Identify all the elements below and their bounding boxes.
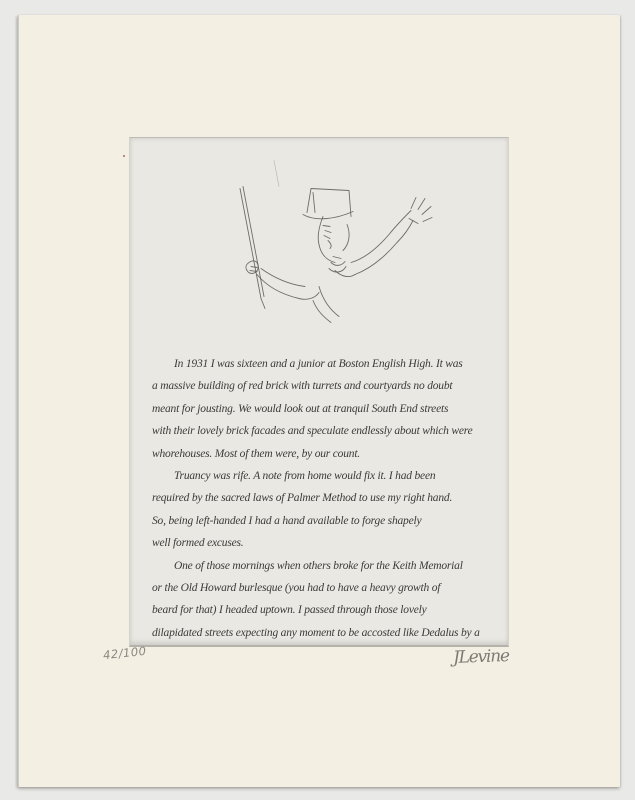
face-profile	[318, 217, 349, 263]
handwritten-line: well formed excuses.	[152, 532, 514, 554]
artist-signature: JLevine	[453, 646, 509, 668]
top-hat	[303, 189, 353, 219]
handwritten-line: or the Old Howard burlesque (you had to …	[152, 577, 514, 599]
cane-arm-sleeve	[257, 269, 319, 300]
paper-fleck	[123, 155, 125, 157]
handwritten-line: Truancy was rife. A note from home would…	[152, 465, 514, 487]
etching-plate-impression: In 1931 I was sixteen and a junior at Bo…	[129, 137, 509, 647]
man-in-top-hat-brandishing-cane-sketch	[227, 156, 442, 331]
handwritten-line: So, being left-handed I had a hand avail…	[152, 510, 514, 532]
handwritten-line: a massive building of red brick with tur…	[152, 375, 514, 397]
handwritten-line: whorehouses. Most of them were, by our c…	[152, 443, 514, 465]
stray-etch-line	[274, 161, 279, 187]
handwritten-line: In 1931 I was sixteen and a junior at Bo…	[152, 353, 514, 375]
handwritten-text-block: In 1931 I was sixteen and a junior at Bo…	[152, 353, 514, 644]
handwritten-line: One of those mornings when others broke …	[152, 555, 514, 577]
raised-arm	[351, 211, 413, 275]
gripping-hand	[246, 261, 258, 274]
torso-strokes	[313, 271, 355, 323]
beard-scribble	[329, 257, 346, 273]
print-paper-sheet: In 1931 I was sixteen and a junior at Bo…	[18, 15, 620, 787]
handwritten-line: meant for jousting. We would look out at…	[152, 398, 514, 420]
open-hand-fingers	[409, 198, 432, 224]
handwritten-line: dilapidated streets expecting any moment…	[152, 622, 514, 644]
face-features	[323, 226, 331, 249]
handwritten-line: required by the sacred laws of Palmer Me…	[152, 487, 514, 509]
edition-number: 42/100	[102, 644, 147, 662]
handwritten-line: with their lovely brick facades and spec…	[152, 420, 514, 442]
photo-background: In 1931 I was sixteen and a junior at Bo…	[0, 0, 635, 800]
handwritten-line: beard for that) I headed uptown. I passe…	[152, 599, 514, 621]
cane-lines	[240, 187, 265, 309]
